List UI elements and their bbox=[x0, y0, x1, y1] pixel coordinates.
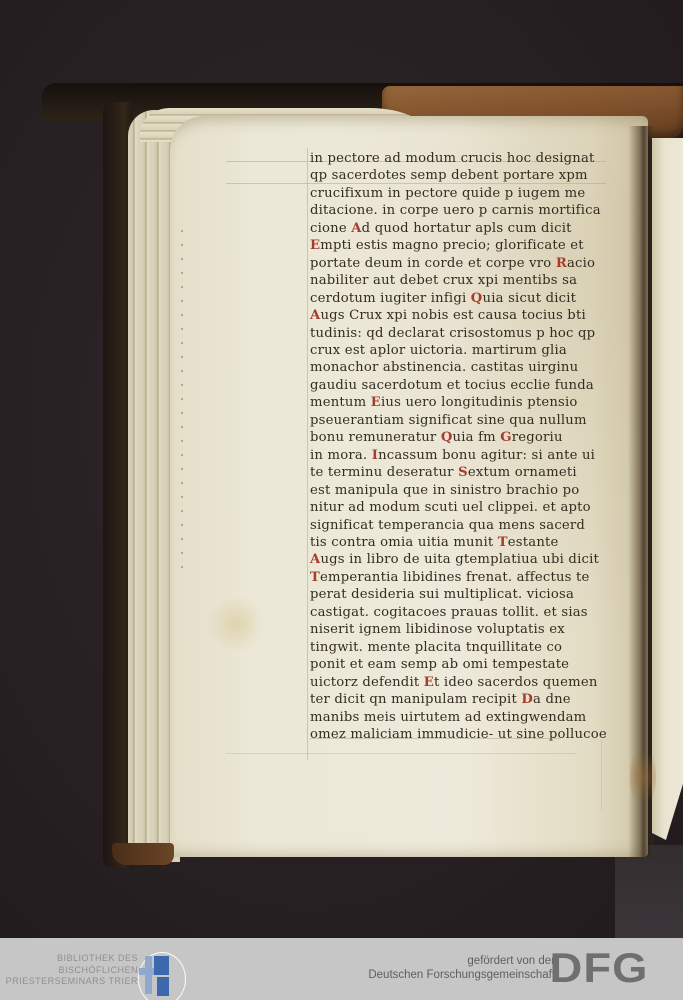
funding-text: gefördert von der Deutschen Forschungsge… bbox=[295, 954, 555, 982]
manuscript-line: gaudiu sacerdotum et tocius ecclie funda bbox=[310, 377, 638, 395]
manuscript-line: Augs Crux xpi nobis est causa tocius bti bbox=[310, 307, 638, 325]
manuscript-line: perat desideria sui multiplicat. viciosa bbox=[310, 586, 638, 604]
manuscript-line: portate deum in corde et corpe vro Racio bbox=[310, 255, 638, 273]
rubric-initial: D bbox=[521, 692, 533, 707]
manuscript-line: manibs meis uirtutem ad extingwendam bbox=[310, 708, 638, 726]
manuscript-line: Augs in libro de uita gtemplatiua ubi di… bbox=[310, 551, 638, 569]
ruling-line-vertical-left bbox=[307, 148, 308, 760]
funding-text-line1: gefördert von der bbox=[295, 954, 555, 968]
library-name: BIBLIOTHEK DES BISCHÖFLICHEN PRIESTERSEM… bbox=[0, 953, 138, 988]
manuscript-line: in mora. Incassum bonu agitur: si ante u… bbox=[310, 447, 638, 465]
rubric-initial: T bbox=[310, 570, 320, 585]
rubric-initial: S bbox=[458, 465, 468, 480]
manuscript-line: significat temperancia qua mens sacerd bbox=[310, 516, 638, 534]
rubric-initial: I bbox=[372, 448, 378, 463]
manuscript-line: nitur ad modum scuti uel clippei. et apt… bbox=[310, 499, 638, 517]
manuscript-line: tudinis: qd declarat crisostomus p hoc q… bbox=[310, 324, 638, 342]
library-name-line1: BIBLIOTHEK DES bbox=[0, 953, 138, 965]
digitized-manuscript-scan: in pectore ad modum crucis hoc designatq… bbox=[0, 0, 683, 1000]
manuscript-line: Empti estis magno precio; glorificate et bbox=[310, 237, 638, 255]
digitization-banner: BIBLIOTHEK DES BISCHÖFLICHEN PRIESTERSEM… bbox=[0, 938, 683, 1000]
cover-corner-bottom-left bbox=[112, 843, 174, 865]
manuscript-line: te terminu deseratur Sextum ornameti bbox=[310, 464, 638, 482]
manuscript-line: mentum Eius uero longitudinis ptensio bbox=[310, 394, 638, 412]
photograph-area: in pectore ad modum crucis hoc designatq… bbox=[0, 0, 683, 938]
logo-dark-blue-square bbox=[154, 956, 169, 975]
manuscript-line: ditacione. in corpe uero p carnis mortif… bbox=[310, 202, 638, 220]
manuscript-line: in pectore ad modum crucis hoc designat bbox=[310, 150, 638, 168]
rubric-initial: Q bbox=[471, 290, 483, 305]
funding-text-line2: Deutschen Forschungsgemeinschaft bbox=[295, 968, 555, 982]
library-name-line3: PRIESTERSEMINARS TRIER bbox=[0, 976, 138, 988]
manuscript-line: tis contra omia uitia munit Testante bbox=[310, 534, 638, 552]
manuscript-line: niserit ignem libidinose voluptatis ex bbox=[310, 621, 638, 639]
page-stain bbox=[206, 596, 266, 652]
rubric-initial: A bbox=[351, 221, 361, 236]
manuscript-line: Temperantia libidines frenat. affectus t… bbox=[310, 569, 638, 587]
rubric-initial: A bbox=[310, 308, 320, 323]
library-name-line2: BISCHÖFLICHEN bbox=[0, 965, 138, 977]
manuscript-line: castigat. cogitacoes prauas tollit. et s… bbox=[310, 604, 638, 622]
manuscript-line: ter dicit qn manipulam recipit Da dne bbox=[310, 691, 638, 709]
logo-dark-blue-bar bbox=[157, 977, 169, 996]
edge-stain bbox=[630, 742, 656, 812]
ruling-line-bottom-2 bbox=[226, 753, 576, 754]
manuscript-line: cione Ad quod hortatur apls cum dicit bbox=[310, 220, 638, 238]
ruling-line-vertical-right bbox=[601, 740, 602, 810]
rubric-initial: E bbox=[371, 395, 381, 410]
rubric-initial: E bbox=[424, 674, 434, 689]
logo-light-blue-bar bbox=[145, 956, 152, 994]
rubric-initial: Q bbox=[441, 430, 453, 445]
manuscript-line: nabiliter aut debet crux xpi mentibs sa bbox=[310, 272, 638, 290]
backdrop-light-patch bbox=[615, 845, 683, 938]
rubric-initial: T bbox=[498, 535, 508, 550]
manuscript-line: cerdotum iugiter infigi Quia sicut dicit bbox=[310, 289, 638, 307]
facing-page-edge bbox=[652, 138, 683, 840]
manuscript-line: crux est aplor uictoria. martirum glia bbox=[310, 342, 638, 360]
manuscript-text-block: in pectore ad modum crucis hoc designatq… bbox=[310, 150, 638, 743]
manuscript-line: bonu remuneratur Quia fm Gregoriu bbox=[310, 429, 638, 447]
manuscript-line: tingwit. mente placita tnquillitate co bbox=[310, 639, 638, 657]
manuscript-line: crucifixum in pectore quide p iugem me bbox=[310, 185, 638, 203]
pricking-dots bbox=[181, 230, 183, 570]
manuscript-line: qp sacerdotes semp debent portare xpm bbox=[310, 167, 638, 185]
manuscript-line: est manipula que in sinistro brachio po bbox=[310, 481, 638, 499]
manuscript-line: ponit et eam semp ab omi tempestate bbox=[310, 656, 638, 674]
manuscript-line: uictorz defendit Et ideo sacerdos quemen bbox=[310, 673, 638, 691]
rubric-initial: E bbox=[310, 238, 320, 253]
manuscript-line: omez maliciam immudicie- ut sine polluco… bbox=[310, 726, 638, 744]
manuscript-line: monachor abstinencia. castitas uirginu bbox=[310, 359, 638, 377]
manuscript-line: pseuerantiam significat sine qua nullum bbox=[310, 412, 638, 430]
rubric-initial: A bbox=[310, 552, 320, 567]
trier-seminary-logo bbox=[136, 946, 188, 1000]
rubric-initial: R bbox=[556, 256, 567, 271]
rubric-initial: G bbox=[500, 430, 511, 445]
dfg-logo: DFG bbox=[550, 945, 677, 993]
